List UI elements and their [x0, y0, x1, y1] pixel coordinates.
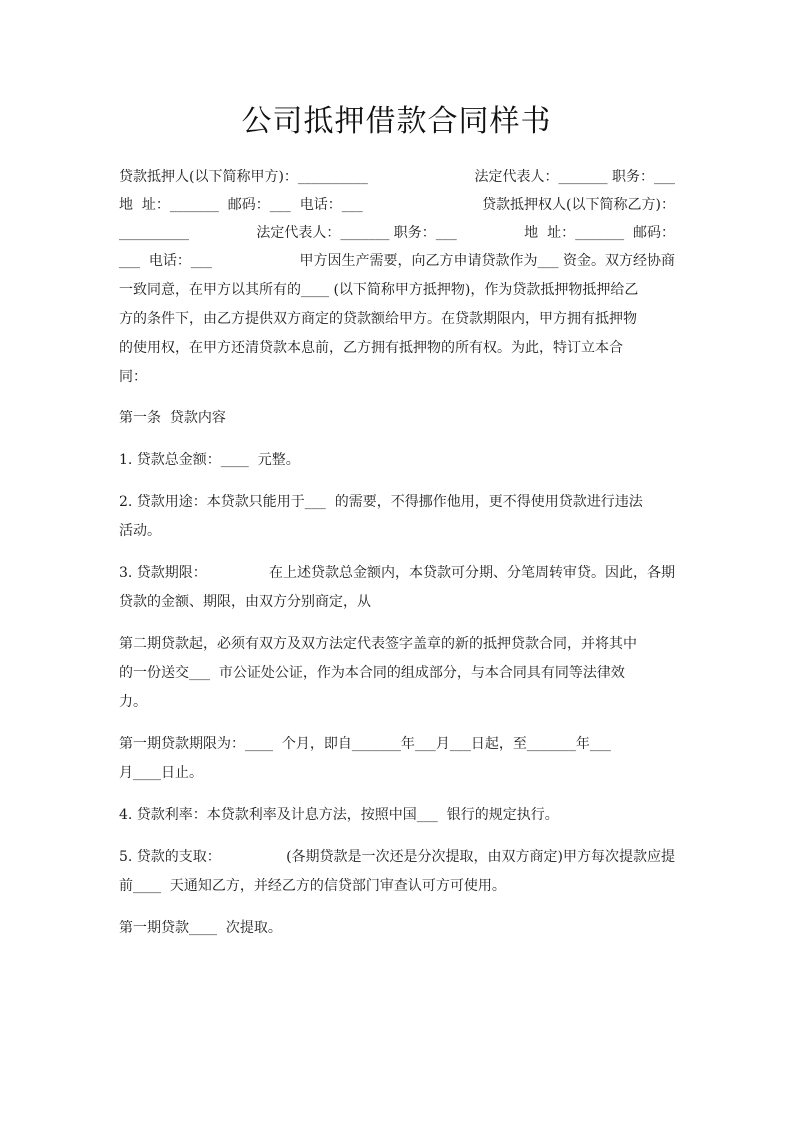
clause-text: 前____ 天通知乙方，并经乙方的信贷部门审查认可方可使用。: [119, 876, 506, 896]
item-2-loan-purpose: 2. 贷款用途：本贷款只能用于___ 的需要，不得挪作他用，更不得使用贷款进行违…: [119, 492, 675, 512]
borrower-representative-field: 法定代表人：_______ 职务：___: [475, 167, 675, 187]
clause-text: 力。: [119, 692, 147, 712]
lender-address-field: 地 址：_______ 邮码：: [524, 223, 675, 243]
first-period-term-line-2: 月____日止。: [119, 763, 675, 783]
clause-text: 活动。: [119, 521, 161, 541]
loan-purpose-intro: 甲方因生产需要，向乙方申请贷款作为___ 资金。双方经协商: [300, 251, 675, 271]
preamble-line-7: 的使用权，在甲方还清贷款本息前，乙方拥有抵押物的所有权。为此，特订立本合: [119, 338, 675, 358]
item-1-total-amount: 1. 贷款总金额：____ 元整。: [119, 450, 675, 470]
clause-text: (各期贷款是一次还是分次提取，由双方商定)甲方每次提款应提: [286, 847, 675, 867]
clause-text: 第一期贷款____ 次提取。: [119, 918, 282, 938]
preamble-line-2: 地 址：_______ 邮码：___ 电话：___ 贷款抵押权人(以下简称乙方)…: [119, 195, 675, 215]
first-period-term-line-1: 第一期贷款期限为：____ 个月，即自_______年___月___日起，至__…: [119, 734, 675, 754]
clause-text: 1. 贷款总金额：____ 元整。: [119, 450, 300, 470]
preamble-line-3: __________ 法定代表人：_______ 职务：___ 地 址：____…: [119, 223, 675, 243]
borrower-address-field: 地 址：_______ 邮码：___ 电话：___: [119, 195, 363, 215]
clause-text: 第二期贷款起，必须有双方及双方法定代表签字盖章的新的抵押贷款合同，并将其中: [119, 634, 637, 654]
clause-text: 的一份送交___ 市公证处公证，作为本合同的组成部分，与本合同具有同等法律效: [119, 663, 625, 683]
clause-label: 5. 贷款的支取：: [119, 847, 221, 867]
lender-representative-field: 法定代表人：_______ 职务：___: [256, 223, 456, 243]
second-period-para-line-1: 第二期贷款起，必须有双方及双方法定代表签字盖章的新的抵押贷款合同，并将其中: [119, 634, 675, 654]
lender-phone-field: ___ 电话：___: [119, 251, 212, 271]
lender-name-blank: __________: [119, 223, 189, 243]
item-3-loan-term: 3. 贷款期限： 在上述贷款总金额内，本贷款可分期、分笔周转审贷。因此，各期: [119, 563, 675, 583]
clause-label: 3. 贷款期限：: [119, 563, 207, 583]
preamble-text: 的使用权，在甲方还清贷款本息前，乙方拥有抵押物的所有权。为此，特订立本合: [119, 338, 623, 358]
item-5-withdrawal: 5. 贷款的支取： (各期贷款是一次还是分次提取，由双方商定)甲方每次提款应提: [119, 847, 675, 867]
item-5-withdrawal-cont: 前____ 天通知乙方，并经乙方的信贷部门审查认可方可使用。: [119, 876, 675, 896]
preamble-text: 方的条件下，由乙方提供双方商定的贷款额给甲方。在贷款期限内，甲方拥有抵押物: [119, 309, 637, 329]
document-title: 公司抵押借款合同样书: [0, 96, 793, 140]
item-2-loan-purpose-cont: 活动。: [119, 521, 675, 541]
preamble-line-1: 贷款抵押人(以下简称甲方)：__________ 法定代表人：_______ 职…: [119, 167, 675, 187]
lender-field: 贷款抵押权人(以下简称乙方)：: [482, 195, 675, 215]
section-heading: 第一条 贷款内容: [119, 408, 226, 428]
second-period-para-line-2: 的一份送交___ 市公证处公证，作为本合同的组成部分，与本合同具有同等法律效: [119, 663, 675, 683]
second-period-para-line-3: 力。: [119, 692, 675, 712]
preamble-line-6: 方的条件下，由乙方提供双方商定的贷款额给甲方。在贷款期限内，甲方拥有抵押物: [119, 309, 675, 329]
item-3-loan-term-cont: 贷款的金额、期限，由双方分别商定，从: [119, 592, 675, 612]
item-4-interest-rate: 4. 贷款利率：本贷款利率及计息方法，按照中国___ 银行的规定执行。: [119, 805, 675, 825]
preamble-line-4: ___ 电话：___ 甲方因生产需要，向乙方申请贷款作为___ 资金。双方经协商: [119, 251, 675, 271]
article-1-heading: 第一条 贷款内容: [119, 408, 675, 428]
clause-text: 第一期贷款期限为：____ 个月，即自_______年___月___日起，至__…: [119, 734, 611, 754]
clause-text: 月____日止。: [119, 763, 203, 783]
document-page: 公司抵押借款合同样书 贷款抵押人(以下简称甲方)：__________ 法定代表…: [0, 0, 793, 1122]
preamble-text: 一致同意，在甲方以其所有的____ (以下简称甲方抵押物)，作为贷款抵押物抵押给…: [119, 280, 638, 300]
clause-text: 贷款的金额、期限，由双方分别商定，从: [119, 592, 371, 612]
clause-text: 在上述贷款总金额内，本贷款可分期、分笔周转审贷。因此，各期: [269, 563, 675, 583]
clause-text: 2. 贷款用途：本贷款只能用于___ 的需要，不得挪作他用，更不得使用贷款进行违…: [119, 492, 643, 512]
borrower-field: 贷款抵押人(以下简称甲方)：__________: [119, 167, 368, 187]
preamble-line-8: 同：: [119, 367, 675, 387]
clause-text: 4. 贷款利率：本贷款利率及计息方法，按照中国___ 银行的规定执行。: [119, 805, 559, 825]
preamble-text: 同：: [119, 367, 147, 387]
first-withdrawal: 第一期贷款____ 次提取。: [119, 918, 675, 938]
preamble-line-5: 一致同意，在甲方以其所有的____ (以下简称甲方抵押物)，作为贷款抵押物抵押给…: [119, 280, 675, 300]
